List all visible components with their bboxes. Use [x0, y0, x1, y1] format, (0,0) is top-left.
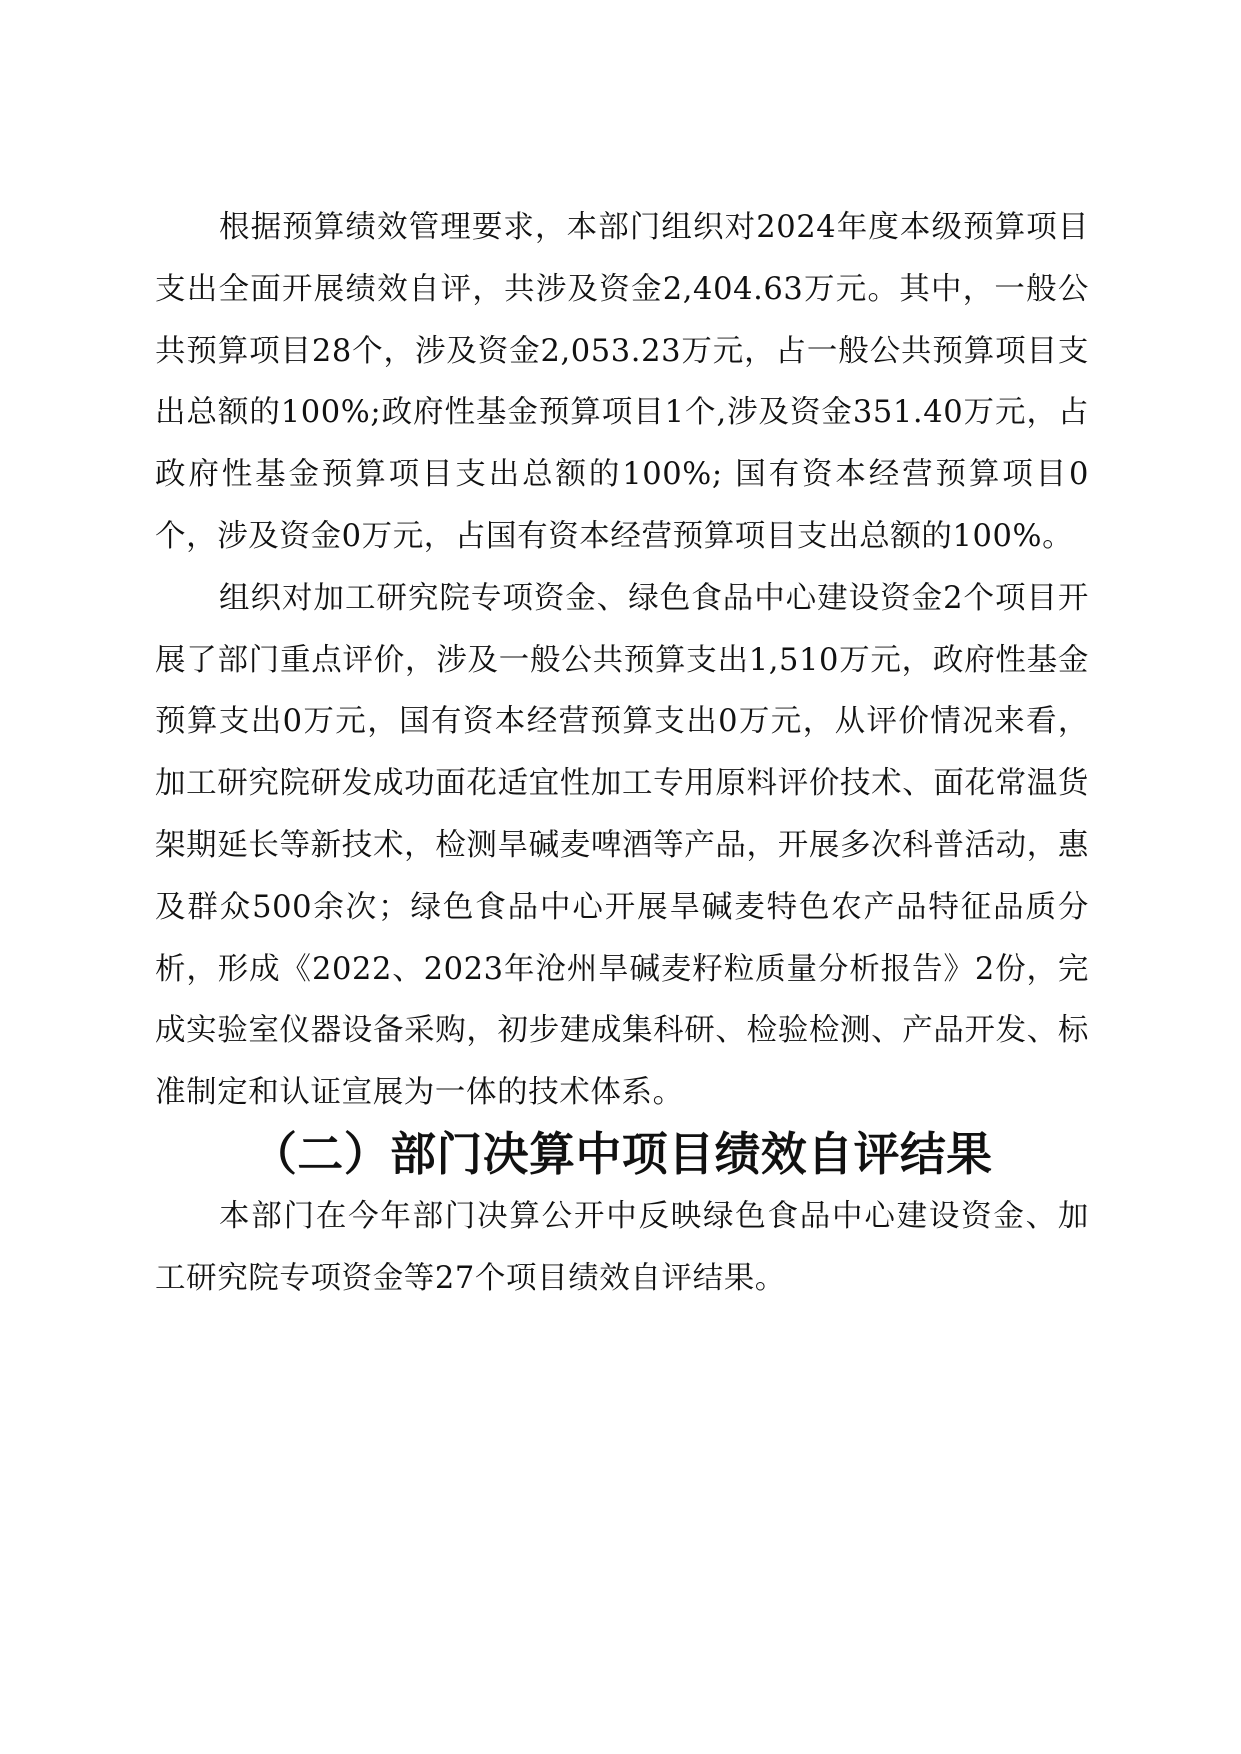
paragraph-key-evaluation: 组织对加工研究院专项资金、绿色食品中心建设资金2个项目开展了部门重点评价，涉及一…	[155, 568, 1089, 1124]
document-page: 根据预算绩效管理要求，本部门组织对2024年度本级预算项目支出全面开展绩效自评，…	[155, 197, 1089, 1309]
paragraph-self-evaluation-overview: 根据预算绩效管理要求，本部门组织对2024年度本级预算项目支出全面开展绩效自评，…	[155, 197, 1089, 568]
section-heading: （二）部门决算中项目绩效自评结果	[155, 1124, 1089, 1186]
paragraph-final-accounts-results: 本部门在今年部门决算公开中反映绿色食品中心建设资金、加工研究院专项资金等27个项…	[155, 1186, 1089, 1310]
